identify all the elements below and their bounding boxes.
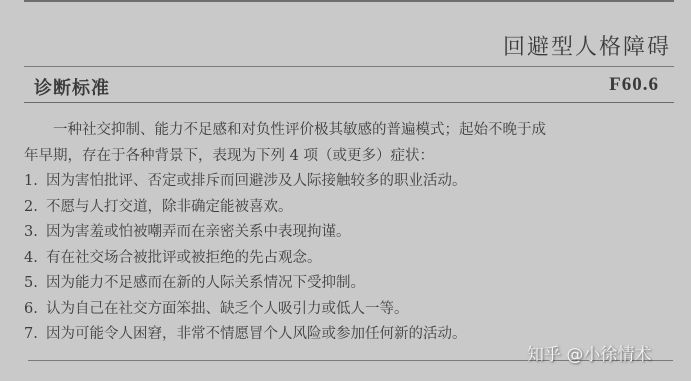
criterion-number: 1. xyxy=(24,169,46,195)
criterion-text: 不愿与人打交道，除非确定能被喜欢。 xyxy=(46,199,293,215)
criterion-text: 因为害怕批评、否定或排斥而回避涉及人际接触较多的职业活动。 xyxy=(46,173,467,189)
top-divider xyxy=(24,0,674,2)
section-label: 诊断标准 xyxy=(34,74,110,100)
criterion-text: 因为害羞或怕被嘲弄而在亲密关系中表现拘谨。 xyxy=(46,224,351,240)
criterion-number: 3. xyxy=(24,220,46,246)
criterion-item: 2.不愿与人打交道，除非确定能被喜欢。 xyxy=(24,195,684,221)
criterion-number: 7. xyxy=(24,322,46,348)
header-divider-bottom xyxy=(24,102,674,103)
criterion-number: 5. xyxy=(24,271,46,297)
intro-line-1: 一种社交抑制、能力不足感和对负性评价极其敏感的普遍模式；起始不晚于成 xyxy=(53,122,546,138)
criterion-number: 6. xyxy=(24,297,46,323)
criterion-text: 认为自己在社交方面笨拙、缺乏个人吸引力或低人一等。 xyxy=(46,301,409,317)
criterion-item: 3.因为害羞或怕被嘲弄而在亲密关系中表现拘谨。 xyxy=(24,220,684,246)
criterion-text: 因为能力不足感而在新的人际关系情况下受抑制。 xyxy=(46,275,365,291)
criterion-number: 4. xyxy=(24,246,46,272)
watermark: 知乎 @小徐情术 xyxy=(527,340,651,365)
header-divider-top xyxy=(24,66,674,67)
criterion-item: 6.认为自己在社交方面笨拙、缺乏个人吸引力或低人一等。 xyxy=(24,297,684,323)
document-title: 回避型人格障碍 xyxy=(503,30,671,61)
criterion-text: 因为可能令人困窘，非常不情愿冒个人风险或参加任何新的活动。 xyxy=(46,326,467,342)
diagnostic-code: F60.6 xyxy=(609,74,659,96)
criterion-item: 4.有在社交场合被批评或被拒绝的先占观念。 xyxy=(24,246,684,272)
intro-paragraph: 一种社交抑制、能力不足感和对负性评价极其敏感的普遍模式；起始不晚于成 年早期，存… xyxy=(24,118,684,169)
criteria-body: 一种社交抑制、能力不足感和对负性评价极其敏感的普遍模式；起始不晚于成 年早期，存… xyxy=(24,118,684,348)
criterion-item: 1.因为害怕批评、否定或排斥而回避涉及人际接触较多的职业活动。 xyxy=(24,169,684,195)
criterion-item: 5.因为能力不足感而在新的人际关系情况下受抑制。 xyxy=(24,271,684,297)
criterion-text: 有在社交场合被批评或被拒绝的先占观念。 xyxy=(46,250,322,266)
intro-line-2: 年早期，存在于各种背景下，表现为下列 4 项（或更多）症状： xyxy=(0,144,434,170)
criterion-number: 2. xyxy=(24,195,46,221)
